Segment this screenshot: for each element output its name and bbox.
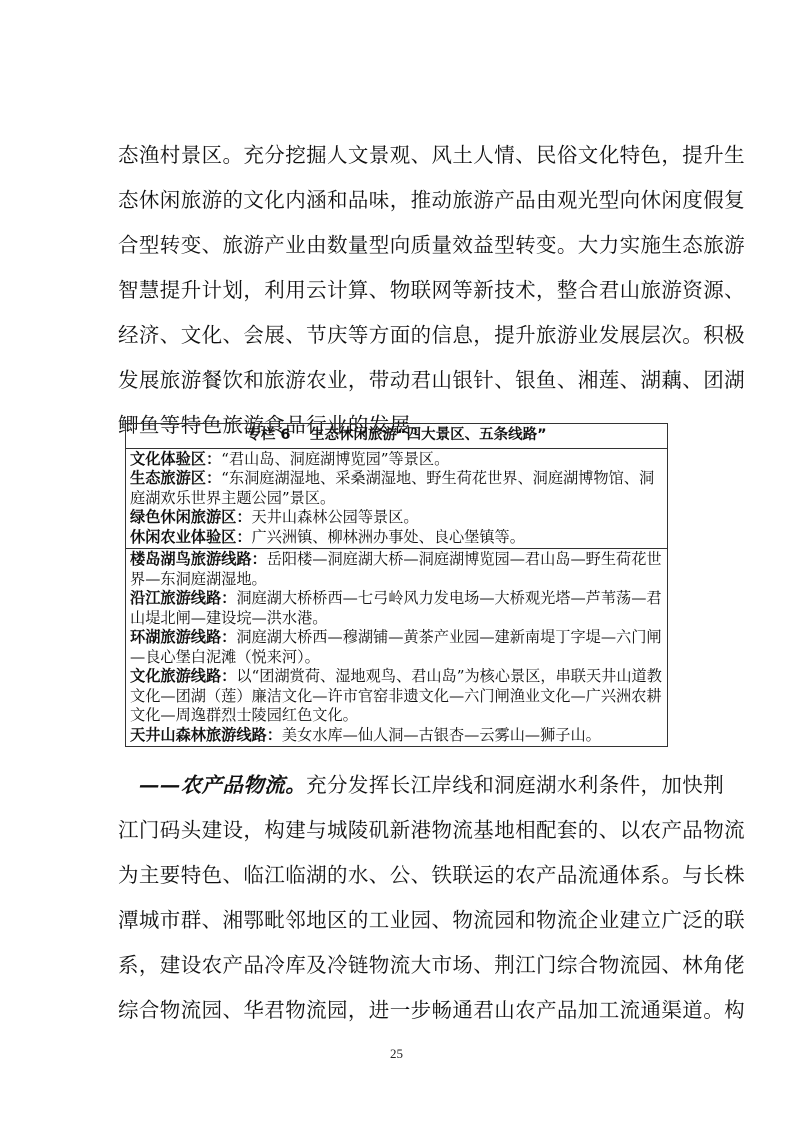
document-page: 态渔村景区。充分挖掘人文景观、风土人情、民俗文化特色，提升生 态休闲旅游的文化内…	[0, 0, 793, 1122]
entry-text: 美女水库—仙人洞—古银杏—云雾山—狮子山。	[282, 726, 601, 744]
entry-text: 广兴洲镇、柳林洲办事处、良心堡镇等。	[252, 528, 525, 546]
route-entry: 文化旅游线路：以“团湖赏荷、湿地观鸟、君山岛”为核心景区，串联天井山道教文化—团…	[130, 667, 664, 726]
entry-label: 绿色休闲旅游区：	[130, 508, 252, 526]
route-entry: 沿江旅游线路：洞庭湖大桥桥西—七弓岭风力发电场—大桥观光塔—芦苇荡—君山堤北闸—…	[130, 589, 664, 628]
text-line: 系，建设农产品冷库及冷链物流大市场、荆江门综合物流园、林角佬	[118, 943, 678, 988]
entry-label: 文化旅游线路：	[130, 667, 236, 685]
entry-label: 天井山森林旅游线路：	[130, 726, 282, 744]
text-line: 潭城市群、湘鄂毗邻地区的工业园、物流园和物流企业建立广泛的联	[118, 898, 678, 943]
entry-label: 环湖旅游线路：	[130, 628, 236, 646]
text-line: 经济、文化、会展、节庆等方面的信息，提升旅游业发展层次。积极	[118, 313, 678, 358]
entry-text: 天井山森林公园等景区。	[252, 508, 419, 526]
route-entry: 天井山森林旅游线路：美女水库—仙人洞—古银杏—云雾山—狮子山。	[130, 726, 664, 746]
scenic-area-entry: 休闲农业体验区：广兴洲镇、柳林洲办事处、良心堡镇等。	[130, 528, 664, 548]
scenic-area-entry: 生态旅游区：“东洞庭湖湿地、采桑湖湿地、野生荷花世界、洞庭湖博物馆、洞庭湖欢乐世…	[130, 469, 664, 508]
text-line: 智慧提升计划，利用云计算、物联网等新技术，整合君山旅游资源、	[118, 268, 678, 313]
text-line: 合型转变、旅游产业由数量型向质量效益型转变。大力实施生态旅游	[118, 223, 678, 268]
column-box-6: 专栏 6 生态休闲旅游“四大景区、五条线路” 文化体验区：“君山岛、洞庭湖博览园…	[125, 423, 668, 747]
scenic-area-entry: 绿色休闲旅游区：天井山森林公园等景区。	[130, 508, 664, 528]
text-line: 发展旅游餐饮和旅游农业，带动君山银针、银鱼、湘莲、湖藕、团湖	[118, 358, 678, 403]
box-title: 专栏 6 生态休闲旅游“四大景区、五条线路”	[126, 424, 667, 449]
scenic-area-entry: 文化体验区：“君山岛、洞庭湖博览园”等景区。	[130, 450, 664, 470]
text-line: 江门码头建设，构建与城陵矶新港物流基地相配套的、以农产品物流	[118, 808, 678, 853]
section-lead: ——农产品物流。	[139, 773, 306, 797]
text-line: 综合物流园、华君物流园，进一步畅通君山农产品加工流通渠道。构	[118, 988, 678, 1033]
entry-label: 生态旅游区：	[130, 469, 221, 487]
routes-section: 楼岛湖鸟旅游线路：岳阳楼—洞庭湖大桥—洞庭湖博览园—君山岛—野生荷花世界—东洞庭…	[126, 548, 667, 746]
text-line: ——农产品物流。充分发挥长江岸线和洞庭湖水利条件，加快荆	[118, 763, 678, 808]
entry-label: 文化体验区：	[130, 450, 221, 468]
paragraph-tourism: 态渔村景区。充分挖掘人文景观、风土人情、民俗文化特色，提升生 态休闲旅游的文化内…	[118, 133, 678, 448]
text-span: 充分发挥长江岸线和洞庭湖水利条件，加快荆	[306, 773, 724, 797]
route-entry: 楼岛湖鸟旅游线路：岳阳楼—洞庭湖大桥—洞庭湖博览园—君山岛—野生荷花世界—东洞庭…	[130, 550, 664, 589]
entry-label: 楼岛湖鸟旅游线路：	[130, 550, 267, 568]
entry-text: “君山岛、洞庭湖博览园”等景区。	[221, 450, 449, 468]
paragraph-agri-logistics: ——农产品物流。充分发挥长江岸线和洞庭湖水利条件，加快荆 江门码头建设，构建与城…	[118, 763, 678, 1033]
text-line: 态渔村景区。充分挖掘人文景观、风土人情、民俗文化特色，提升生	[118, 133, 678, 178]
route-entry: 环湖旅游线路：洞庭湖大桥西—穆湖铺—黄茶产业园—建新南堤丁字堤—六门闸—良心堡白…	[130, 628, 664, 667]
entry-label: 沿江旅游线路：	[130, 589, 236, 607]
page-number: 25	[0, 1046, 793, 1062]
scenic-areas-section: 文化体验区：“君山岛、洞庭湖博览园”等景区。 生态旅游区：“东洞庭湖湿地、采桑湖…	[126, 449, 667, 549]
text-line: 态休闲旅游的文化内涵和品味，推动旅游产品由观光型向休闲度假复	[118, 178, 678, 223]
text-line: 为主要特色、临江临湖的水、公、铁联运的农产品流通体系。与长株	[118, 853, 678, 898]
entry-label: 休闲农业体验区：	[130, 528, 252, 546]
